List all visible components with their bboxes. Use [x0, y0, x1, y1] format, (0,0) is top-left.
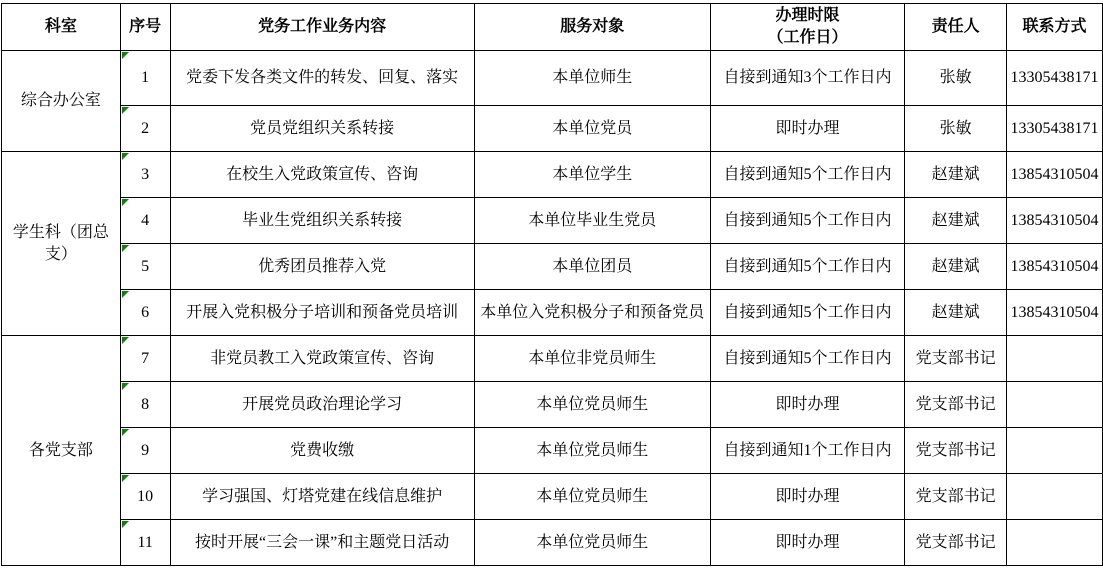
seq-value: 2 — [141, 120, 149, 137]
cell-seq: 8 — [120, 382, 170, 428]
cell-target: 本单位党员师生 — [474, 428, 710, 474]
table-row: 8 开展党员政治理论学习 本单位党员师生 即时办理 党支部书记 — [2, 382, 1103, 428]
cell-owner: 党支部书记 — [905, 474, 1007, 520]
table-row: 2 党员党组织关系转接 本单位党员 即时办理 张敏 13305438171 — [2, 106, 1103, 152]
number-stored-as-text-flag-icon — [122, 475, 129, 482]
header-content: 党务工作业务内容 — [170, 4, 474, 51]
cell-owner: 张敏 — [905, 51, 1007, 106]
table-row: 学生科（团总支） 3 在校生入党政策宣传、咨询 本单位学生 自接到通知5个工作日… — [2, 152, 1103, 198]
seq-value: 6 — [141, 304, 149, 321]
cell-target: 本单位党员师生 — [474, 474, 710, 520]
number-stored-as-text-flag-icon — [122, 245, 129, 252]
cell-seq: 2 — [120, 106, 170, 152]
cell-content: 党员党组织关系转接 — [170, 106, 474, 152]
cell-content: 在校生入党政策宣传、咨询 — [170, 152, 474, 198]
number-stored-as-text-flag-icon — [122, 429, 129, 436]
cell-time-limit: 自接到通知5个工作日内 — [710, 336, 904, 382]
cell-content: 毕业生党组织关系转接 — [170, 198, 474, 244]
cell-content: 学习强国、灯塔党建在线信息维护 — [170, 474, 474, 520]
cell-contact — [1006, 474, 1102, 520]
cell-seq: 1 — [120, 51, 170, 106]
cell-target: 本单位党员师生 — [474, 382, 710, 428]
header-owner: 责任人 — [905, 4, 1007, 51]
table-row: 综合办公室 1 党委下发各类文件的转发、回复、落实 本单位师生 自接到通知3个工… — [2, 51, 1103, 106]
table-row: 9 党费收缴 本单位党员师生 自接到通知1个工作日内 党支部书记 — [2, 428, 1103, 474]
cell-contact — [1006, 428, 1102, 474]
cell-seq: 6 — [120, 290, 170, 336]
cell-content: 优秀团员推荐入党 — [170, 244, 474, 290]
cell-contact — [1006, 520, 1102, 566]
number-stored-as-text-flag-icon — [122, 383, 129, 390]
table-row: 各党支部 7 非党员教工入党政策宣传、咨询 本单位非党员师生 自接到通知5个工作… — [2, 336, 1103, 382]
cell-owner: 赵建斌 — [905, 152, 1007, 198]
cell-target: 本单位党员 — [474, 106, 710, 152]
party-affairs-service-table: 科室 序号 党务工作业务内容 服务对象 办理时限 （工作日） 责任人 联系方式 … — [1, 3, 1103, 566]
table-row: 11 按时开展“三会一课”和主题党日活动 本单位党员师生 即时办理 党支部书记 — [2, 520, 1103, 566]
table-row: 10 学习强国、灯塔党建在线信息维护 本单位党员师生 即时办理 党支部书记 — [2, 474, 1103, 520]
cell-contact: 13305438171 — [1006, 51, 1102, 106]
header-contact: 联系方式 — [1006, 4, 1102, 51]
cell-seq: 4 — [120, 198, 170, 244]
table-header-row: 科室 序号 党务工作业务内容 服务对象 办理时限 （工作日） 责任人 联系方式 — [2, 4, 1103, 51]
cell-seq: 7 — [120, 336, 170, 382]
page-canvas: 科室 序号 党务工作业务内容 服务对象 办理时限 （工作日） 责任人 联系方式 … — [0, 0, 1103, 573]
cell-time-limit: 即时办理 — [710, 382, 904, 428]
cell-owner: 党支部书记 — [905, 336, 1007, 382]
cell-time-limit: 即时办理 — [710, 474, 904, 520]
cell-content: 党委下发各类文件的转发、回复、落实 — [170, 51, 474, 106]
cell-owner: 党支部书记 — [905, 382, 1007, 428]
table-row: 6 开展入党积极分子培训和预备党员培训 本单位入党积极分子和预备党员 自接到通知… — [2, 290, 1103, 336]
cell-seq: 10 — [120, 474, 170, 520]
cell-department-group1: 综合办公室 — [2, 51, 121, 152]
seq-value: 1 — [141, 69, 149, 86]
number-stored-as-text-flag-icon — [122, 52, 129, 59]
cell-time-limit: 自接到通知5个工作日内 — [710, 198, 904, 244]
seq-value: 9 — [141, 442, 149, 459]
cell-owner: 张敏 — [905, 106, 1007, 152]
cell-owner: 赵建斌 — [905, 290, 1007, 336]
cell-contact: 13854310504 — [1006, 198, 1102, 244]
cell-time-limit: 即时办理 — [710, 520, 904, 566]
number-stored-as-text-flag-icon — [122, 107, 129, 114]
cell-seq: 5 — [120, 244, 170, 290]
cell-department-group2: 学生科（团总支） — [2, 152, 121, 336]
header-seq: 序号 — [120, 4, 170, 51]
cell-target: 本单位入党积极分子和预备党员 — [474, 290, 710, 336]
seq-value: 7 — [141, 350, 149, 367]
cell-seq: 3 — [120, 152, 170, 198]
cell-target: 本单位师生 — [474, 51, 710, 106]
header-target: 服务对象 — [474, 4, 710, 51]
cell-department-group3: 各党支部 — [2, 336, 121, 566]
number-stored-as-text-flag-icon — [122, 291, 129, 298]
table-row: 4 毕业生党组织关系转接 本单位毕业生党员 自接到通知5个工作日内 赵建斌 13… — [2, 198, 1103, 244]
cell-owner: 赵建斌 — [905, 244, 1007, 290]
cell-content: 开展党员政治理论学习 — [170, 382, 474, 428]
seq-value: 8 — [141, 396, 149, 413]
cell-contact — [1006, 336, 1102, 382]
cell-seq: 11 — [120, 520, 170, 566]
seq-value: 5 — [141, 258, 149, 275]
number-stored-as-text-flag-icon — [122, 337, 129, 344]
cell-time-limit: 自接到通知5个工作日内 — [710, 244, 904, 290]
cell-contact — [1006, 382, 1102, 428]
seq-value: 10 — [137, 488, 153, 505]
cell-target: 本单位学生 — [474, 152, 710, 198]
cell-owner: 党支部书记 — [905, 520, 1007, 566]
cell-contact: 13854310504 — [1006, 290, 1102, 336]
number-stored-as-text-flag-icon — [122, 199, 129, 206]
cell-contact: 13854310504 — [1006, 244, 1102, 290]
cell-target: 本单位党员师生 — [474, 520, 710, 566]
cell-target: 本单位毕业生党员 — [474, 198, 710, 244]
table-row: 5 优秀团员推荐入党 本单位团员 自接到通知5个工作日内 赵建斌 1385431… — [2, 244, 1103, 290]
cell-time-limit: 自接到通知5个工作日内 — [710, 152, 904, 198]
number-stored-as-text-flag-icon — [122, 521, 129, 528]
seq-value: 4 — [141, 212, 149, 229]
cell-contact: 13854310504 — [1006, 152, 1102, 198]
cell-owner: 赵建斌 — [905, 198, 1007, 244]
seq-value: 11 — [137, 534, 152, 551]
header-department: 科室 — [2, 4, 121, 51]
number-stored-as-text-flag-icon — [122, 153, 129, 160]
seq-value: 3 — [141, 166, 149, 183]
cell-time-limit: 自接到通知1个工作日内 — [710, 428, 904, 474]
cell-content: 按时开展“三会一课”和主题党日活动 — [170, 520, 474, 566]
cell-time-limit: 即时办理 — [710, 106, 904, 152]
cell-contact: 13305438171 — [1006, 106, 1102, 152]
cell-target: 本单位团员 — [474, 244, 710, 290]
cell-time-limit: 自接到通知5个工作日内 — [710, 290, 904, 336]
header-time-limit: 办理时限 （工作日） — [710, 4, 904, 51]
cell-seq: 9 — [120, 428, 170, 474]
cell-owner: 党支部书记 — [905, 428, 1007, 474]
cell-time-limit: 自接到通知3个工作日内 — [710, 51, 904, 106]
cell-target: 本单位非党员师生 — [474, 336, 710, 382]
cell-content: 非党员教工入党政策宣传、咨询 — [170, 336, 474, 382]
cell-content: 党费收缴 — [170, 428, 474, 474]
cell-content: 开展入党积极分子培训和预备党员培训 — [170, 290, 474, 336]
